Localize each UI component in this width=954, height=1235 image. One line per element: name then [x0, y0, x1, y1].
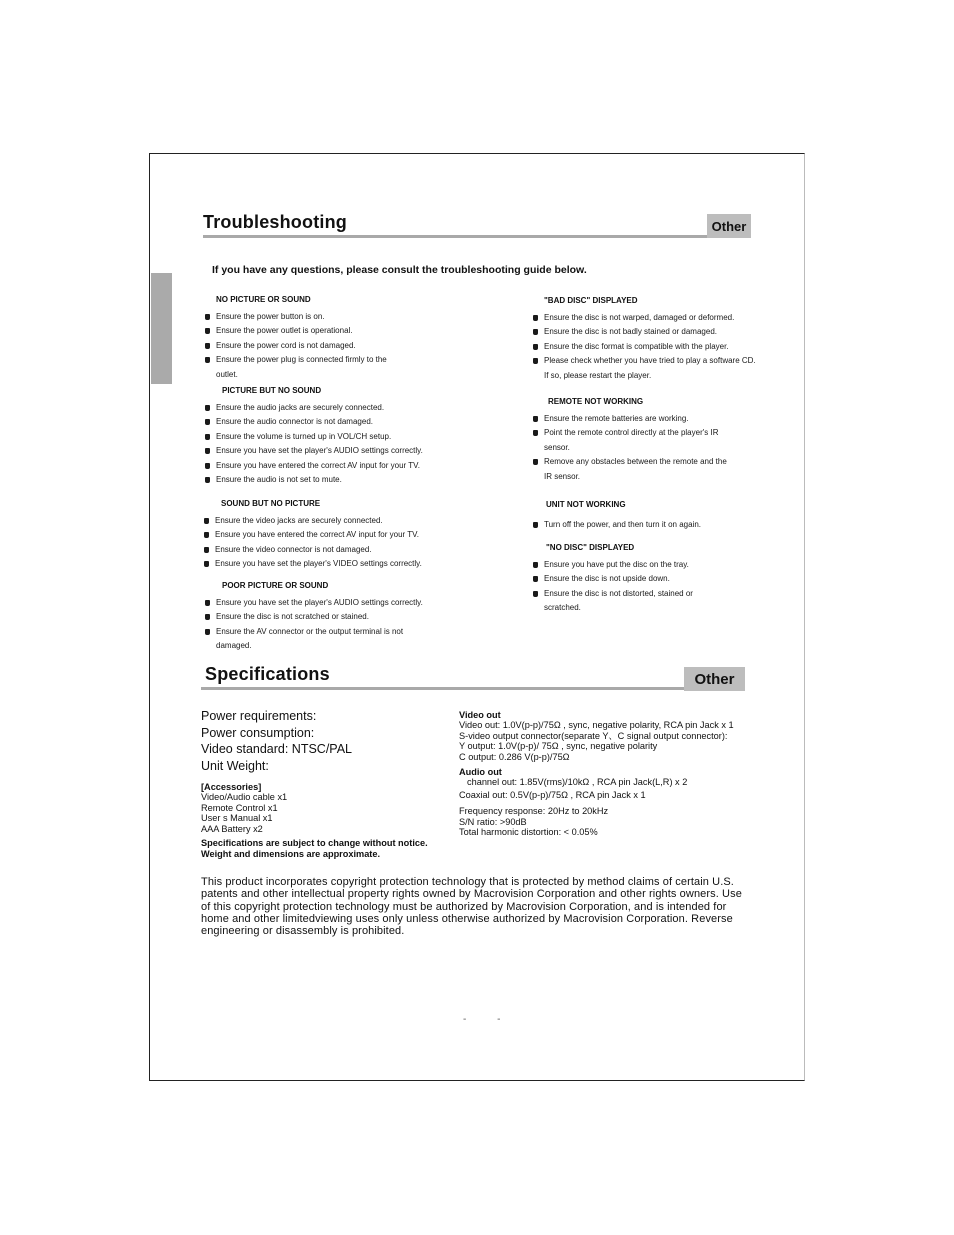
list-item: Point the remote control directly at the…	[532, 426, 727, 455]
list-item: Please check whether you have tried to p…	[532, 354, 757, 383]
list-item: Ensure the AV connector or the output te…	[204, 625, 424, 654]
list-item: Ensure the disc is not badly stained or …	[532, 325, 757, 339]
spec-note: Weight and dimensions are approximate.	[201, 849, 428, 860]
list-item: Ensure you have entered the correct AV i…	[204, 459, 424, 473]
group-list: Ensure the video jacks are securely conn…	[203, 514, 428, 572]
bullet-icon	[533, 416, 538, 422]
bullet-icon	[205, 614, 210, 620]
specifications-title: Specifications	[205, 664, 330, 685]
list-item: Ensure the audio jacks are securely conn…	[204, 401, 424, 415]
bullet-icon	[533, 329, 538, 335]
list-item: Ensure the disc is not warped, damaged o…	[532, 311, 757, 325]
specifications-rule	[201, 687, 686, 690]
video-out-line: C output: 0.286 V(p-p)/75Ω	[459, 752, 734, 762]
group-heading: "NO DISC" DISPLAYED	[538, 542, 650, 554]
list-item: Ensure the video connector is not damage…	[203, 543, 428, 557]
group-heading: NO PICTURE OR SOUND	[208, 294, 327, 306]
group-unit-not-working: UNIT NOT WORKING Turn off the power, and…	[532, 494, 757, 532]
section-side-tab	[151, 273, 172, 384]
bullet-icon	[205, 600, 210, 606]
spec-sn-ratio: S/N ratio: >90dB	[459, 817, 734, 827]
group-list: Ensure the power button is on. Ensure th…	[204, 310, 404, 382]
list-item: Ensure the power cord is not damaged.	[204, 339, 404, 353]
group-list: Ensure the remote batteries are working.…	[532, 412, 727, 484]
group-heading: SOUND BUT NO PICTURE	[213, 498, 336, 510]
group-heading: REMOTE NOT WORKING	[540, 396, 659, 408]
specifications-other-tag: Other	[684, 667, 745, 691]
list-item: Ensure the disc is not upside down.	[532, 572, 712, 586]
group-no-disc-displayed: "NO DISC" DISPLAYED Ensure you have put …	[532, 537, 712, 616]
video-out-line: Y output: 1.0V(p-p)/ 75Ω , sync, negativ…	[459, 741, 734, 751]
group-heading: "BAD DISC" DISPLAYED	[536, 295, 654, 307]
video-out-line: Video out: 1.0V(p-p)/75Ω , sync, negativ…	[459, 720, 734, 730]
list-item: Ensure the audio is not set to mute.	[204, 473, 424, 487]
bullet-icon	[205, 328, 210, 334]
spec-unit-weight: Unit Weight:	[201, 758, 352, 775]
list-item: Ensure the power outlet is operational.	[204, 324, 404, 338]
group-heading: POOR PICTURE OR SOUND	[214, 580, 344, 592]
bullet-icon	[533, 315, 538, 321]
list-item: Ensure the disc is not distorted, staine…	[532, 587, 712, 616]
spec-note: Specifications are subject to change wit…	[201, 838, 428, 849]
macrovision-notice: This product incorporates copyright prot…	[201, 876, 751, 937]
bullet-icon	[533, 459, 538, 465]
bullet-icon	[204, 547, 209, 553]
accessories-list: [Accessories] Video/Audio cable x1 Remot…	[201, 782, 287, 834]
bullet-icon	[204, 518, 209, 524]
bullet-icon	[533, 562, 538, 568]
accessory-item: Video/Audio cable x1	[201, 792, 287, 802]
bullet-icon	[205, 629, 210, 635]
accessory-item: User s Manual x1	[201, 813, 287, 823]
group-list: Ensure you have set the player's AUDIO s…	[204, 596, 424, 654]
list-item: Ensure the audio connector is not damage…	[204, 415, 424, 429]
troubleshooting-intro: If you have any questions, please consul…	[212, 264, 587, 276]
general-specs: Power requirements: Power consumption: V…	[201, 708, 352, 774]
output-specs: Video out Video out: 1.0V(p-p)/75Ω , syn…	[459, 710, 734, 837]
list-item: Ensure you have set the player's AUDIO s…	[204, 596, 424, 610]
group-remote-not-working: REMOTE NOT WORKING Ensure the remote bat…	[532, 391, 727, 484]
audio-coaxial-out: Coaxial out: 0.5V(p-p)/75Ω , RCA pin Jac…	[459, 790, 734, 800]
bullet-icon	[205, 343, 210, 349]
list-item: Ensure you have entered the correct AV i…	[203, 528, 428, 542]
bullet-icon	[205, 448, 210, 454]
list-item: Ensure the volume is turned up in VOL/CH…	[204, 430, 424, 444]
group-heading: PICTURE BUT NO SOUND	[214, 385, 337, 397]
list-item: Ensure the disc format is compatible wit…	[532, 340, 757, 354]
group-bad-disc-displayed: "BAD DISC" DISPLAYED Ensure the disc is …	[532, 290, 757, 383]
accessories-heading: [Accessories]	[201, 782, 287, 792]
accessory-item: Remote Control x1	[201, 803, 287, 813]
troubleshooting-other-tag: Other	[707, 214, 751, 238]
spec-thd: Total harmonic distortion: < 0.05%	[459, 827, 734, 837]
bullet-icon	[533, 576, 538, 582]
spec-notes: Specifications are subject to change wit…	[201, 838, 428, 860]
group-list: Turn off the power, and then turn it on …	[532, 518, 757, 532]
bullet-icon	[205, 314, 210, 320]
list-item: Ensure you have put the disc on the tray…	[532, 558, 712, 572]
group-picture-but-no-sound: PICTURE BUT NO SOUND Ensure the audio ja…	[204, 380, 424, 487]
audio-channel-out: channel out: 1.85V(rms)/10kΩ , RCA pin J…	[459, 777, 734, 787]
group-list: Ensure the audio jacks are securely conn…	[204, 401, 424, 487]
bullet-icon	[205, 357, 210, 363]
bullet-icon	[533, 430, 538, 436]
spec-power-requirements: Power requirements:	[201, 708, 352, 725]
list-item: Ensure the power button is on.	[204, 310, 404, 324]
troubleshooting-rule	[203, 235, 708, 238]
list-item: Ensure you have set the player's AUDIO s…	[204, 444, 424, 458]
bullet-icon	[205, 477, 210, 483]
list-item: Ensure you have set the player's VIDEO s…	[203, 557, 428, 571]
video-out-heading: Video out	[459, 710, 734, 720]
list-item: Ensure the remote batteries are working.	[532, 412, 727, 426]
bullet-icon	[533, 344, 538, 350]
list-item: Ensure the video jacks are securely conn…	[203, 514, 428, 528]
spec-power-consumption: Power consumption:	[201, 725, 352, 742]
bullet-icon	[533, 522, 538, 528]
page-number: - -	[463, 1014, 514, 1025]
troubleshooting-title: Troubleshooting	[203, 212, 347, 233]
bullet-icon	[205, 419, 210, 425]
audio-out-heading: Audio out	[459, 767, 734, 777]
group-list: Ensure you have put the disc on the tray…	[532, 558, 712, 616]
bullet-icon	[205, 434, 210, 440]
group-list: Ensure the disc is not warped, damaged o…	[532, 311, 757, 383]
video-out-line: S-video output connector(separate Y、C si…	[459, 731, 734, 741]
bullet-icon	[204, 561, 209, 567]
spec-frequency-response: Frequency response: 20Hz to 20kHz	[459, 806, 734, 816]
group-heading: UNIT NOT WORKING	[538, 499, 642, 511]
bullet-icon	[205, 405, 210, 411]
spec-video-standard: Video standard: NTSC/PAL	[201, 741, 352, 758]
group-sound-but-no-picture: SOUND BUT NO PICTURE Ensure the video ja…	[203, 493, 428, 572]
list-item: Turn off the power, and then turn it on …	[532, 518, 757, 532]
group-poor-picture-or-sound: POOR PICTURE OR SOUND Ensure you have se…	[204, 575, 424, 654]
bullet-icon	[205, 463, 210, 469]
bullet-icon	[533, 591, 538, 597]
list-item: Ensure the disc is not scratched or stai…	[204, 610, 424, 624]
list-item: Remove any obstacles between the remote …	[532, 455, 727, 484]
group-no-picture-or-sound: NO PICTURE OR SOUND Ensure the power but…	[204, 289, 404, 382]
bullet-icon	[204, 532, 209, 538]
accessory-item: AAA Battery x2	[201, 824, 287, 834]
bullet-icon	[533, 358, 538, 364]
list-item: Ensure the power plug is connected firml…	[204, 353, 404, 382]
